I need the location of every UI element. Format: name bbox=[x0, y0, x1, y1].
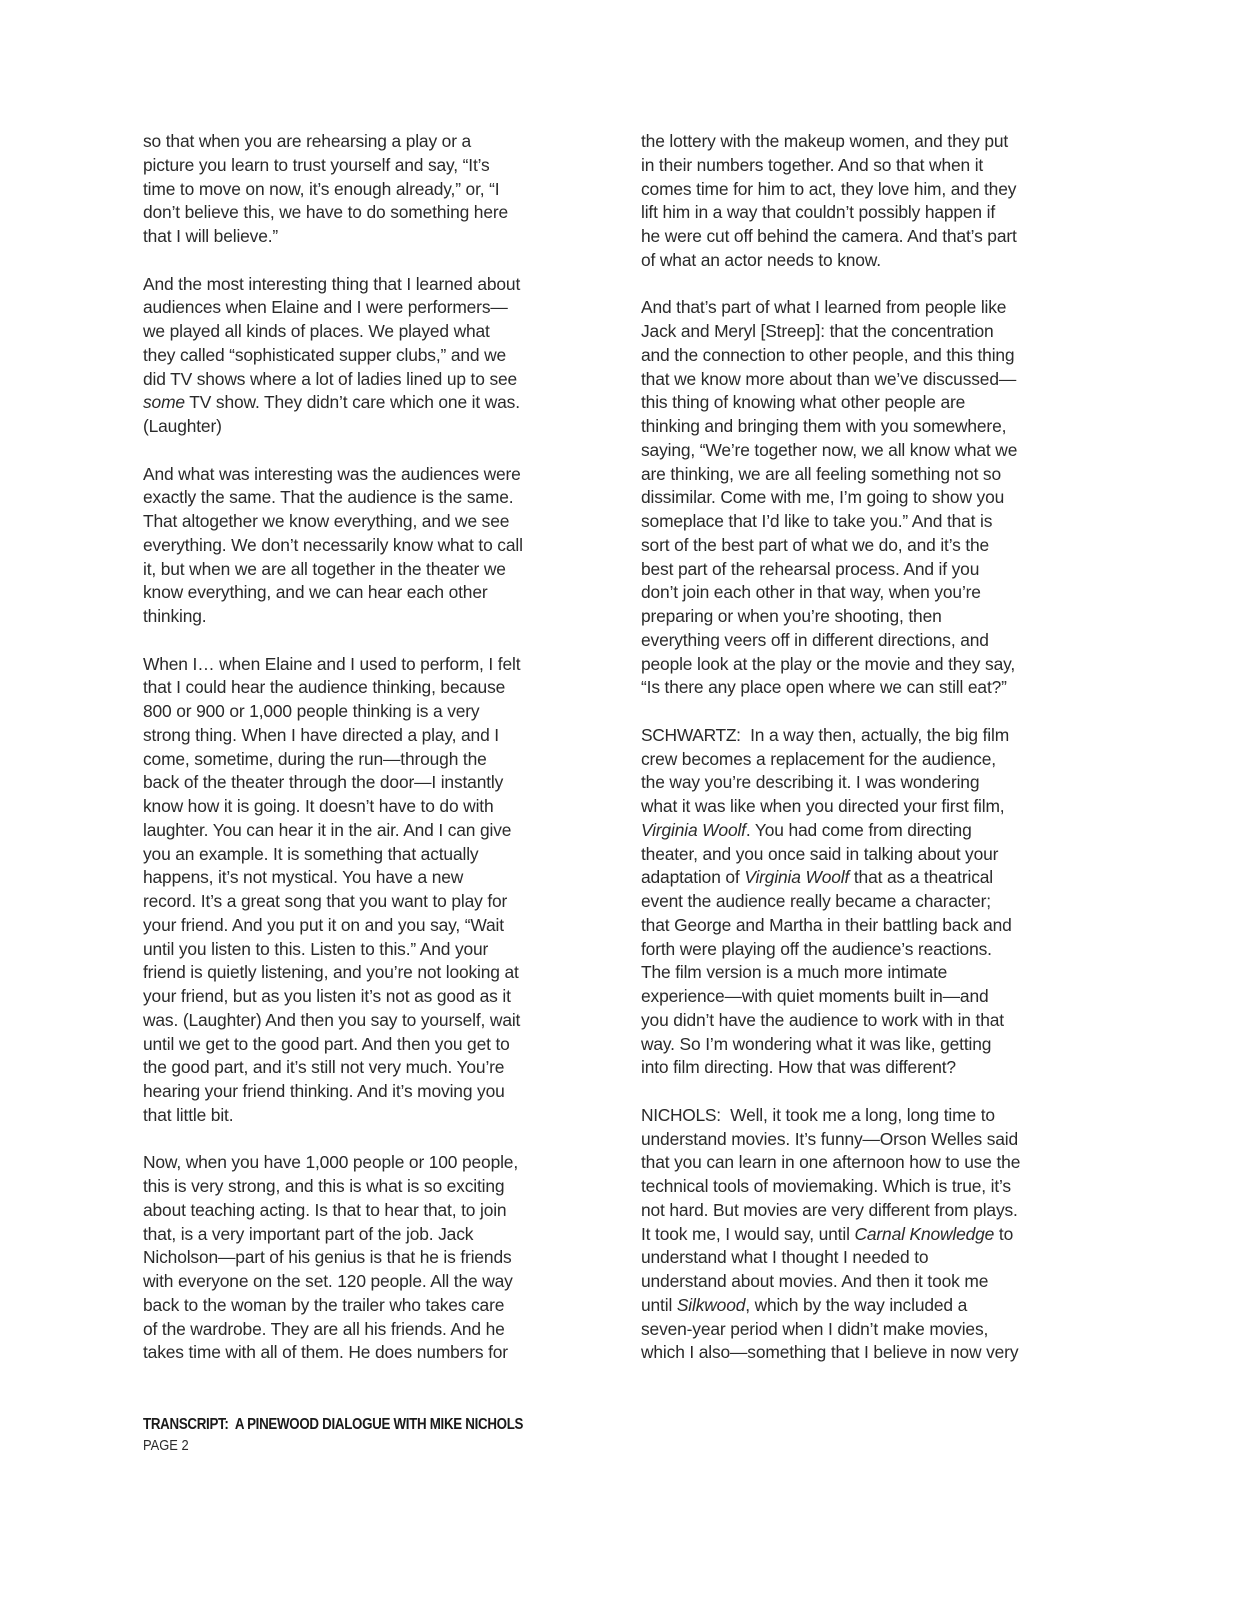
paragraph-audiences: And the most interesting thing that I le… bbox=[143, 273, 583, 439]
text-line: picture you learn to trust yourself and … bbox=[143, 154, 583, 178]
text-line: understand movies. It’s funny—Orson Well… bbox=[641, 1128, 1081, 1152]
text-line: 800 or 900 or 1,000 people thinking is a… bbox=[143, 700, 583, 724]
text-line: “Is there any place open where we can st… bbox=[641, 676, 1081, 700]
text-line: in their numbers together. And so that w… bbox=[641, 154, 1081, 178]
text-line: that, is a very important part of the jo… bbox=[143, 1223, 583, 1247]
text-line: forth were playing off the audience’s re… bbox=[641, 938, 1081, 962]
text-line: was. (Laughter) And then you say to your… bbox=[143, 1009, 583, 1033]
text-line-rest: In a way then, actually, the big film bbox=[741, 725, 1009, 745]
right-column: the lottery with the makeup women, and t… bbox=[641, 130, 1081, 1389]
text-line: into film directing. How that was differ… bbox=[641, 1056, 1081, 1080]
text-line: this thing of knowing what other people … bbox=[641, 391, 1081, 415]
text-line: so that when you are rehearsing a play o… bbox=[143, 130, 583, 154]
text-line: of the wardrobe. They are all his friend… bbox=[143, 1318, 583, 1342]
text-line: way. So I’m wondering what it was like, … bbox=[641, 1033, 1081, 1057]
text-line: are thinking, we are all feeling somethi… bbox=[641, 463, 1081, 487]
text-line: of what an actor needs to know. bbox=[641, 249, 1081, 273]
text-line-rest: that as a theatrical bbox=[849, 867, 993, 887]
text-line: everything. We don’t necessarily know wh… bbox=[143, 534, 583, 558]
text-line: And what was interesting was the audienc… bbox=[143, 463, 583, 487]
paragraph-jack-and-meryl: And that’s part of what I learned from p… bbox=[641, 296, 1081, 700]
italic-silkwood: Silkwood bbox=[677, 1295, 745, 1315]
text-line-start: It took me, I would say, until bbox=[641, 1224, 854, 1244]
page-number: PAGE 2 bbox=[143, 1436, 523, 1456]
text-line: And the most interesting thing that I le… bbox=[143, 273, 583, 297]
text-line: happens, it’s not mystical. You have a n… bbox=[143, 866, 583, 890]
text-line: about teaching acting. Is that to hear t… bbox=[143, 1199, 583, 1223]
text-line: you didn’t have the audience to work wit… bbox=[641, 1009, 1081, 1033]
text-line: don’t believe this, we have to do someth… bbox=[143, 201, 583, 225]
text-line: back of the theater through the door—I i… bbox=[143, 771, 583, 795]
text-line: everything veers off in different direct… bbox=[641, 629, 1081, 653]
text-line: exactly the same. That the audience is t… bbox=[143, 486, 583, 510]
paragraph-interesting: And what was interesting was the audienc… bbox=[143, 463, 583, 629]
text-line: record. It’s a great song that you want … bbox=[143, 890, 583, 914]
text-line: that I could hear the audience thinking,… bbox=[143, 676, 583, 700]
text-line: until you listen to this. Listen to this… bbox=[143, 938, 583, 962]
speaker-label-schwartz: SCHWARTZ: bbox=[641, 725, 741, 745]
italic-virginia-woolf: Virginia Woolf bbox=[744, 867, 849, 887]
text-line: saying, “We’re together now, we all know… bbox=[641, 439, 1081, 463]
left-column: so that when you are rehearsing a play o… bbox=[143, 130, 583, 1389]
text-line: theater, and you once said in talking ab… bbox=[641, 843, 1081, 867]
transcript-title: TRANSCRIPT: A PINEWOOD DIALOGUE WITH MIK… bbox=[143, 1414, 523, 1436]
text-line: understand what I thought I needed to bbox=[641, 1246, 1081, 1270]
paragraph-perform: When I… when Elaine and I used to perfor… bbox=[143, 653, 583, 1128]
speaker-label-nichols: NICHOLS: bbox=[641, 1105, 721, 1125]
text-line: that we know more about than we’ve discu… bbox=[641, 368, 1081, 392]
text-line: what it was like when you directed your … bbox=[641, 795, 1081, 819]
text-line: seven-year period when I didn’t make mov… bbox=[641, 1318, 1081, 1342]
text-line: which I also—something that I believe in… bbox=[641, 1341, 1081, 1365]
text-line: that I will believe.” bbox=[143, 225, 583, 249]
text-line: back to the woman by the trailer who tak… bbox=[143, 1294, 583, 1318]
text-line: experience—with quiet moments built in—a… bbox=[641, 985, 1081, 1009]
text-line: that you can learn in one afternoon how … bbox=[641, 1151, 1081, 1175]
text-line-rest: to bbox=[994, 1224, 1013, 1244]
text-line-with-italic: some TV show. They didn’t care which one… bbox=[143, 391, 583, 415]
text-line: that little bit. bbox=[143, 1104, 583, 1128]
text-line: Jack and Meryl [Streep]: that the concen… bbox=[641, 320, 1081, 344]
italic-carnal-knowledge: Carnal Knowledge bbox=[854, 1224, 994, 1244]
text-line: people look at the play or the movie and… bbox=[641, 653, 1081, 677]
text-line: understand about movies. And then it too… bbox=[641, 1270, 1081, 1294]
text-line: audiences when Elaine and I were perform… bbox=[143, 296, 583, 320]
text-line: Nicholson—part of his genius is that he … bbox=[143, 1246, 583, 1270]
text-line: strong thing. When I have directed a pla… bbox=[143, 724, 583, 748]
text-line: your friend. And you put it on and you s… bbox=[143, 914, 583, 938]
text-line: When I… when Elaine and I used to perfor… bbox=[143, 653, 583, 677]
text-line: comes time for him to act, they love him… bbox=[641, 178, 1081, 202]
text-line: we played all kinds of places. We played… bbox=[143, 320, 583, 344]
document-page: so that when you are rehearsing a play o… bbox=[0, 0, 1236, 1600]
text-line-with-italic: It took me, I would say, until Carnal Kn… bbox=[641, 1223, 1081, 1247]
text-line: they called “sophisticated supper clubs,… bbox=[143, 344, 583, 368]
italic-virginia-woolf: Virginia Woolf bbox=[641, 820, 746, 840]
text-line: until we get to the good part. And then … bbox=[143, 1033, 583, 1057]
text-line: don’t join each other in that way, when … bbox=[641, 581, 1081, 605]
text-line: come, sometime, during the run—through t… bbox=[143, 748, 583, 772]
text-line: the good part, and it’s still not very m… bbox=[143, 1056, 583, 1080]
text-line: friend is quietly listening, and you’re … bbox=[143, 961, 583, 985]
text-line: best part of the rehearsal process. And … bbox=[641, 558, 1081, 582]
text-line: you an example. It is something that act… bbox=[143, 843, 583, 867]
text-line-with-italic: until Silkwood, which by the way include… bbox=[641, 1294, 1081, 1318]
text-line: sort of the best part of what we do, and… bbox=[641, 534, 1081, 558]
text-line: your friend, but as you listen it’s not … bbox=[143, 985, 583, 1009]
text-line: know how it is going. It doesn’t have to… bbox=[143, 795, 583, 819]
text-line: the way you’re describing it. I was wond… bbox=[641, 771, 1081, 795]
italic-some: some bbox=[143, 392, 185, 412]
text-line: with everyone on the set. 120 people. Al… bbox=[143, 1270, 583, 1294]
text-line: not hard. But movies are very different … bbox=[641, 1199, 1081, 1223]
text-line: preparing or when you’re shooting, then bbox=[641, 605, 1081, 629]
text-line: he were cut off behind the camera. And t… bbox=[641, 225, 1081, 249]
text-line-start: adaptation of bbox=[641, 867, 744, 887]
text-line: and the connection to other people, and … bbox=[641, 344, 1081, 368]
text-line: And that’s part of what I learned from p… bbox=[641, 296, 1081, 320]
text-line-rest: , which by the way included a bbox=[745, 1295, 967, 1315]
text-line-with-speaker: NICHOLS: Well, it took me a long, long t… bbox=[641, 1104, 1081, 1128]
text-line: time to move on now, it’s enough already… bbox=[143, 178, 583, 202]
text-line: technical tools of moviemaking. Which is… bbox=[641, 1175, 1081, 1199]
text-line: dissimilar. Come with me, I’m going to s… bbox=[641, 486, 1081, 510]
text-line: lift him in a way that couldn’t possibly… bbox=[641, 201, 1081, 225]
page-footer: TRANSCRIPT: A PINEWOOD DIALOGUE WITH MIK… bbox=[143, 1414, 585, 1456]
text-line: someplace that I’d like to take you.” An… bbox=[641, 510, 1081, 534]
paragraph-nichols-answer: NICHOLS: Well, it took me a long, long t… bbox=[641, 1104, 1081, 1365]
text-line: crew becomes a replacement for the audie… bbox=[641, 748, 1081, 772]
text-line-start: until bbox=[641, 1295, 677, 1315]
text-line-rest: Well, it took me a long, long time to bbox=[721, 1105, 995, 1125]
text-line: laughter. You can hear it in the air. An… bbox=[143, 819, 583, 843]
text-line-with-italic: Virginia Woolf. You had come from direct… bbox=[641, 819, 1081, 843]
text-line: hearing your friend thinking. And it’s m… bbox=[143, 1080, 583, 1104]
paragraph-rehearsing: so that when you are rehearsing a play o… bbox=[143, 130, 583, 249]
text-line: the lottery with the makeup women, and t… bbox=[641, 130, 1081, 154]
text-line: this is very strong, and this is what is… bbox=[143, 1175, 583, 1199]
text-line: That altogether we know everything, and … bbox=[143, 510, 583, 534]
text-line: that George and Martha in their battling… bbox=[641, 914, 1081, 938]
text-line: Now, when you have 1,000 people or 100 p… bbox=[143, 1151, 583, 1175]
text-line: (Laughter) bbox=[143, 415, 583, 439]
text-line: thinking. bbox=[143, 605, 583, 629]
text-line-with-italic: adaptation of Virginia Woolf that as a t… bbox=[641, 866, 1081, 890]
text-line-rest: . You had come from directing bbox=[746, 820, 972, 840]
text-line-rest: TV show. They didn’t care which one it w… bbox=[185, 392, 520, 412]
paragraph-nicholson: Now, when you have 1,000 people or 100 p… bbox=[143, 1151, 583, 1365]
text-line: it, but when we are all together in the … bbox=[143, 558, 583, 582]
text-line-with-speaker: SCHWARTZ: In a way then, actually, the b… bbox=[641, 724, 1081, 748]
text-line: did TV shows where a lot of ladies lined… bbox=[143, 368, 583, 392]
text-line: takes time with all of them. He does num… bbox=[143, 1341, 583, 1365]
paragraph-lottery: the lottery with the makeup women, and t… bbox=[641, 130, 1081, 273]
paragraph-schwartz-question: SCHWARTZ: In a way then, actually, the b… bbox=[641, 724, 1081, 1080]
text-line: event the audience really became a chara… bbox=[641, 890, 1081, 914]
text-line: thinking and bringing them with you some… bbox=[641, 415, 1081, 439]
text-line: know everything, and we can hear each ot… bbox=[143, 581, 583, 605]
text-line: The film version is a much more intimate bbox=[641, 961, 1081, 985]
